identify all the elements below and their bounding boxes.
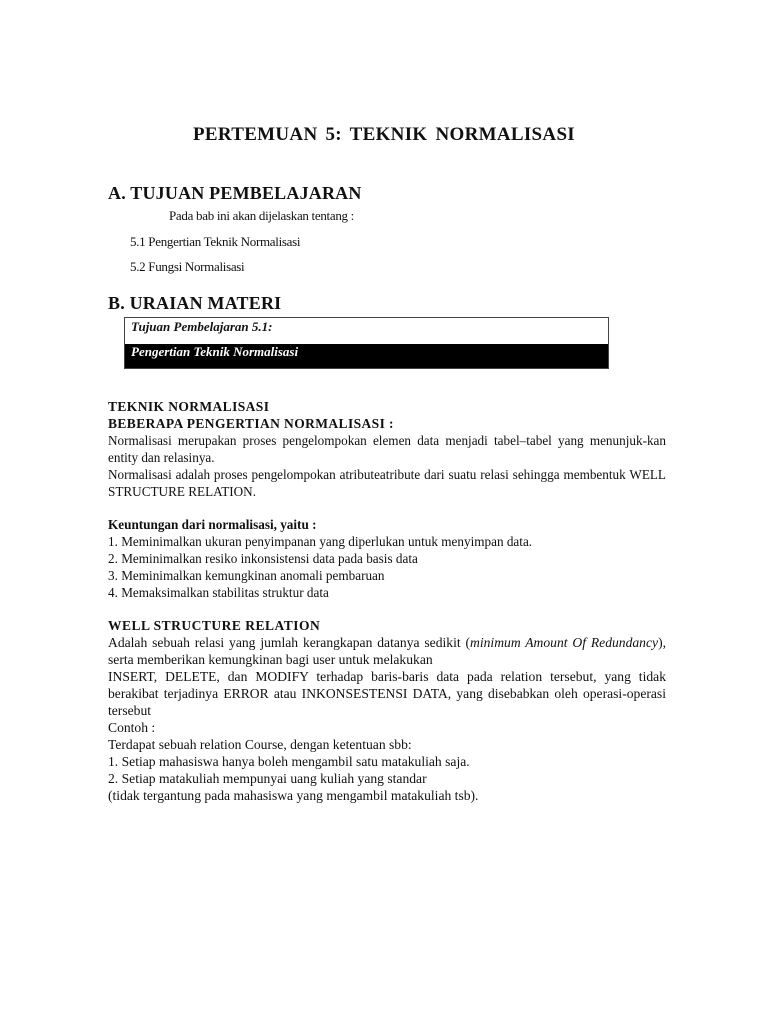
definition-1: Normalisasi merupakan proses pengelompok… bbox=[108, 432, 666, 466]
section-a-heading: A. TUJUAN PEMBELAJARAN bbox=[108, 183, 362, 204]
example-rule: 2. Setiap matakuliah mempunyai uang kuli… bbox=[108, 770, 666, 787]
spacer bbox=[108, 601, 666, 617]
benefit-item: 3. Meminimalkan kemungkinan anomali pemb… bbox=[108, 567, 666, 584]
wsr-definition-italic: minimum Amount Of Redundancy bbox=[470, 635, 658, 650]
example-intro: Terdapat sebuah relation Course, dengan … bbox=[108, 736, 666, 753]
content-body: TEKNIK NORMALISASI BEBERAPA PENGERTIAN N… bbox=[108, 398, 666, 804]
outline-item: 5.1 Pengertian Teknik Normalisasi bbox=[130, 234, 300, 250]
heading-teknik-normalisasi: TEKNIK NORMALISASI bbox=[108, 398, 666, 415]
objective-topic-bar: Pengertian Teknik Normalisasi bbox=[125, 344, 608, 368]
definition-2: Normalisasi adalah proses pengelompokan … bbox=[108, 466, 666, 500]
outline-item: 5.2 Fungsi Normalisasi bbox=[130, 259, 244, 275]
page-title: PERTEMUAN 5: TEKNIK NORMALISASI bbox=[0, 124, 768, 146]
objective-box: Tujuan Pembelajaran 5.1: Pengertian Tekn… bbox=[124, 317, 609, 369]
wsr-explanation: INSERT, DELETE, dan MODIFY terhadap bari… bbox=[108, 668, 666, 719]
benefit-item: 4. Memaksimalkan stabilitas struktur dat… bbox=[108, 584, 666, 601]
example-label: Contoh : bbox=[108, 719, 666, 736]
benefit-item: 1. Meminimalkan ukuran penyimpanan yang … bbox=[108, 533, 666, 550]
wsr-definition-start: Adalah sebuah relasi yang jumlah kerangk… bbox=[108, 635, 470, 650]
wsr-definition: Adalah sebuah relasi yang jumlah kerangk… bbox=[108, 634, 666, 668]
section-a-intro: Pada bab ini akan dijelaskan tentang : bbox=[169, 208, 354, 224]
heading-beberapa-pengertian: BEBERAPA PENGERTIAN NORMALISASI : bbox=[108, 415, 666, 432]
section-b-heading: B. URAIAN MATERI bbox=[108, 293, 281, 314]
spacer bbox=[108, 500, 666, 516]
example-rule: (tidak tergantung pada mahasiswa yang me… bbox=[108, 787, 666, 804]
benefit-item: 2. Meminimalkan resiko inkonsistensi dat… bbox=[108, 550, 666, 567]
example-rule: 1. Setiap mahasiswa hanya boleh mengambi… bbox=[108, 753, 666, 770]
objective-topic: Pengertian Teknik Normalisasi bbox=[131, 344, 298, 360]
benefits-title: Keuntungan dari normalisasi, yaitu : bbox=[108, 516, 666, 533]
wsr-title: WELL STRUCTURE RELATION bbox=[108, 617, 666, 634]
objective-label: Tujuan Pembelajaran 5.1: bbox=[131, 319, 272, 335]
